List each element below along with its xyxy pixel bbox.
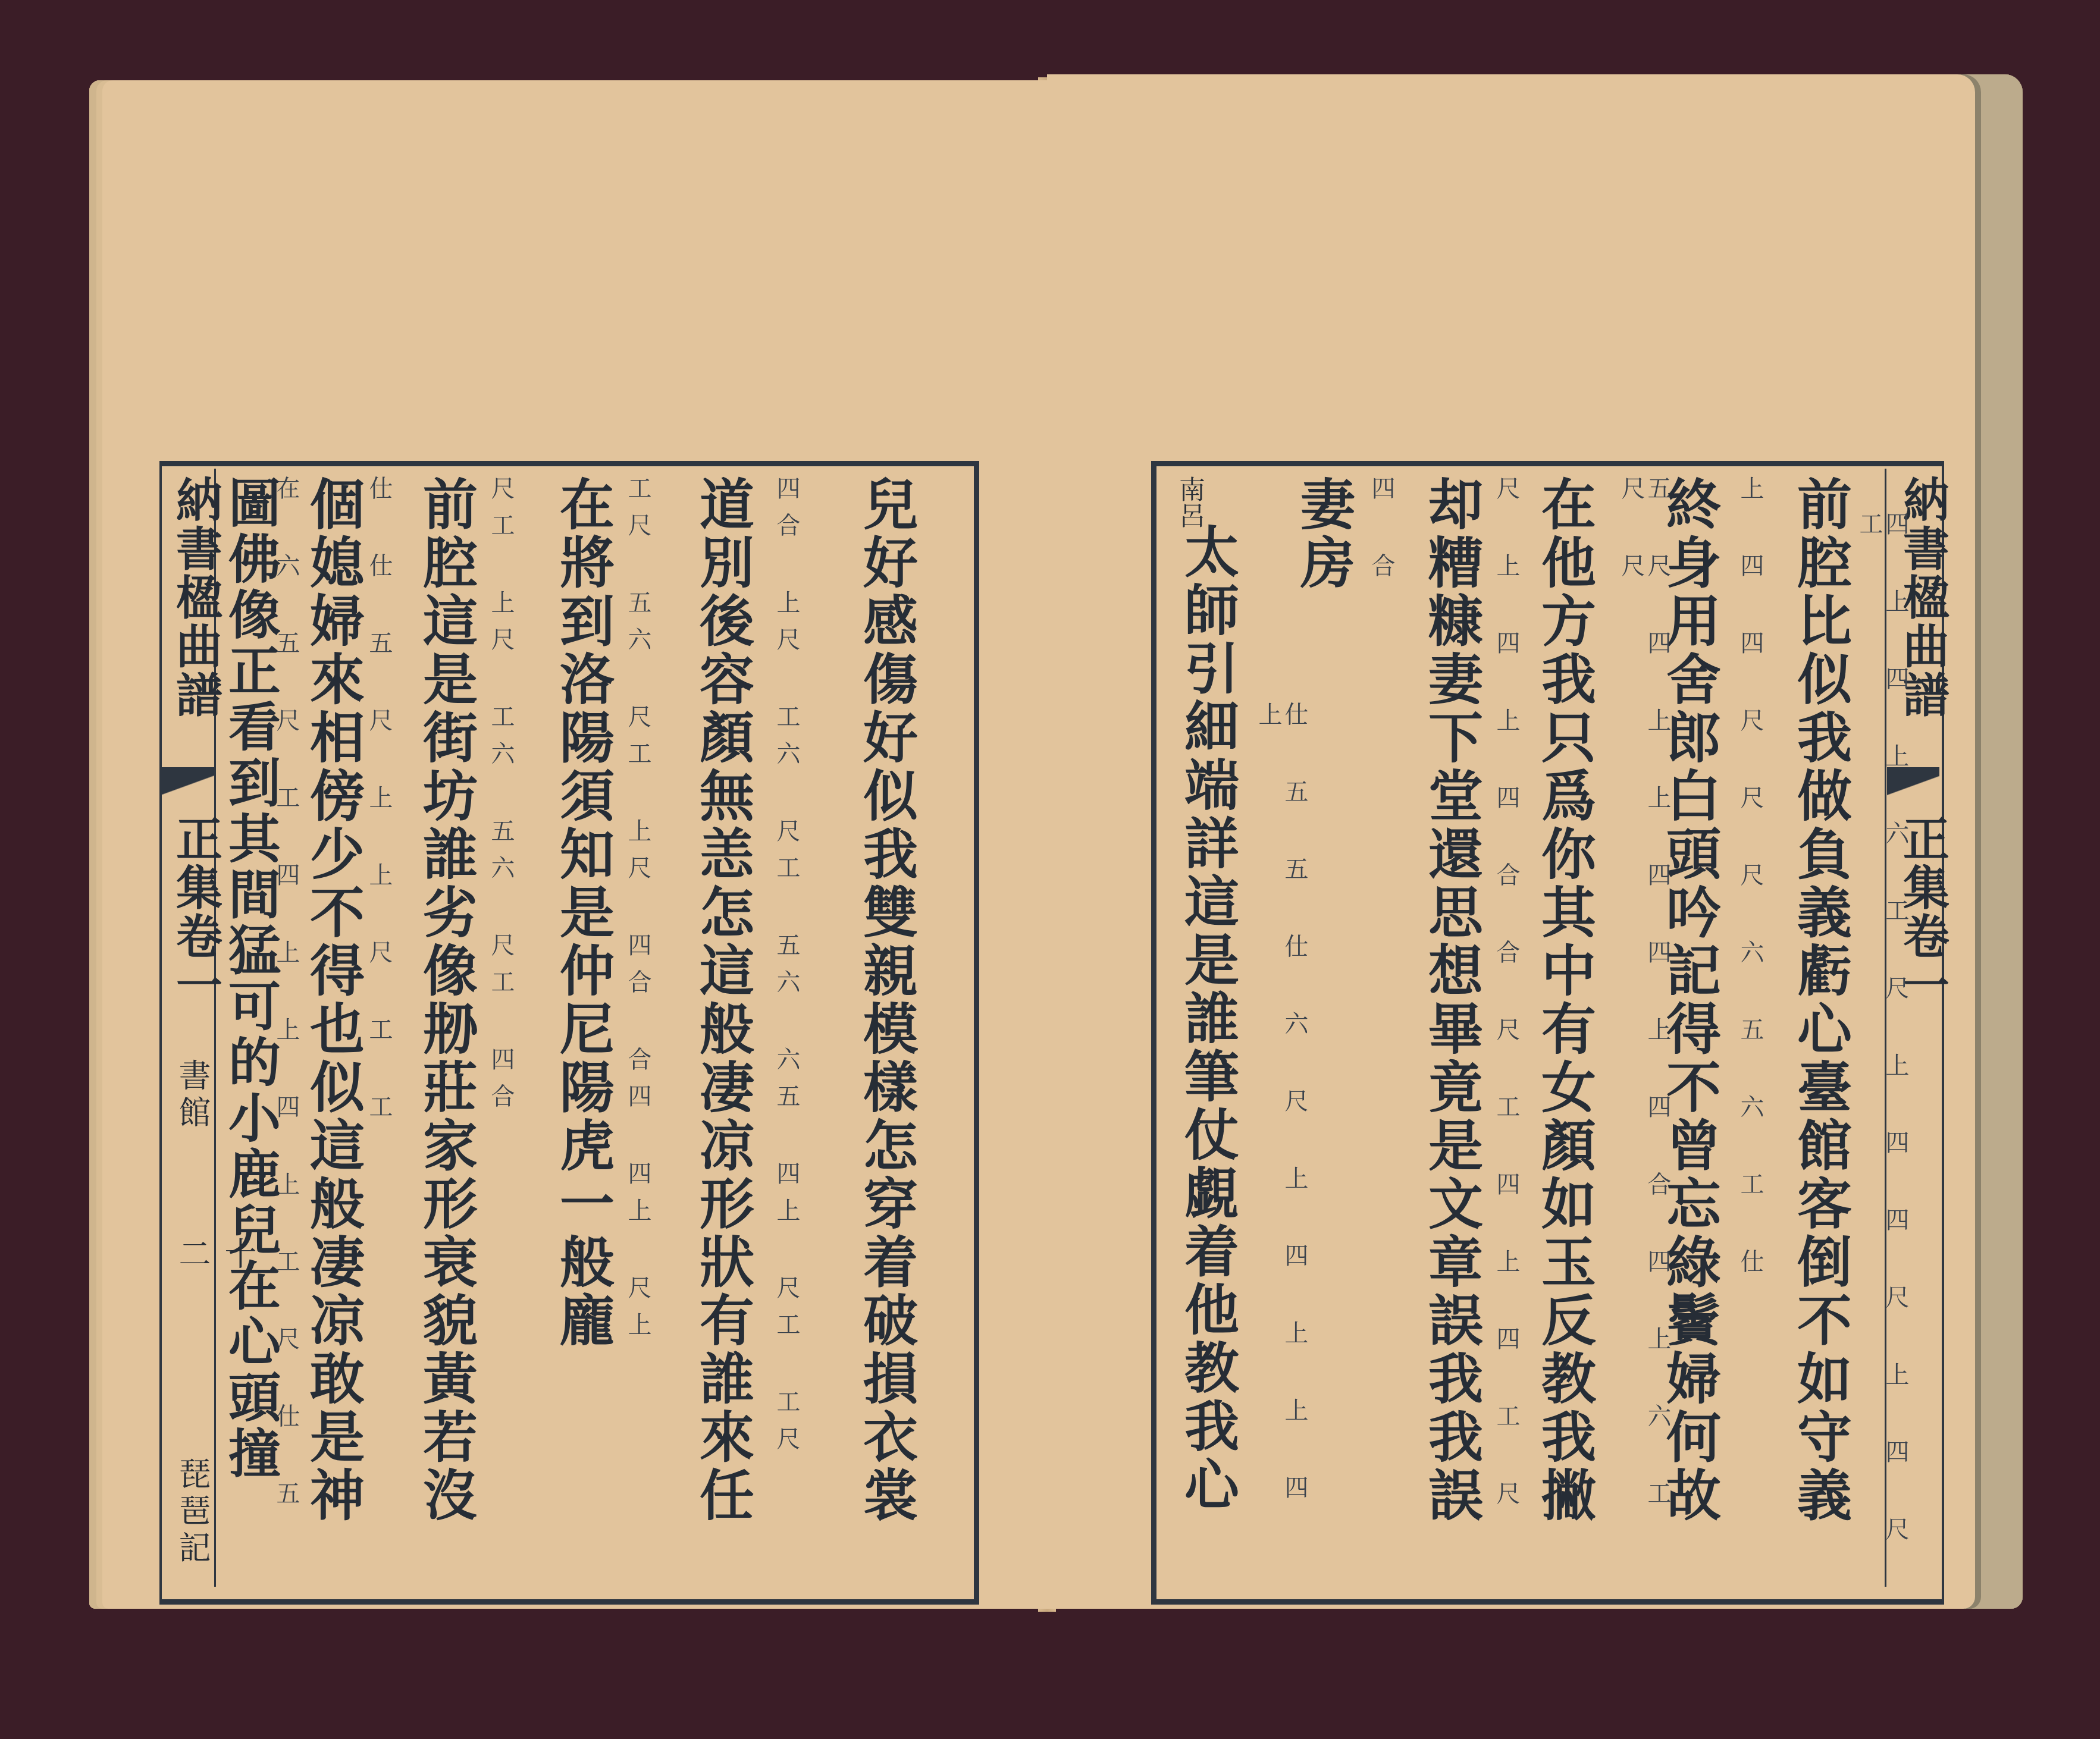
left-margin-scene: 書館: [170, 1059, 215, 1148]
right-col-1-notation: 四 上 四 上 六 工 尺 上 四 四 尺 上 四 尺 工: [1856, 511, 1908, 1582]
left-col-2-notation: 工尺 五六 尺工 上尺 四合 合四 四上 尺上: [625, 476, 651, 1582]
left-col-1-text: 兒好感傷好似我雙親模樣怎穿着破損衣裳: [857, 476, 916, 1594]
left-col-2-text: 道別後容顏無恙怎這般凄凉形狀有誰來任: [693, 476, 753, 1594]
right-col-4-notation: 尺 上 四 上 四 合 合 尺 工 四 上 四 工 尺: [1493, 476, 1519, 1582]
right-col-5-text: 妻房: [1294, 476, 1353, 714]
right-col-6-text: 太師引細端詳這是誰筆仗覷着他教我心: [1178, 523, 1237, 1594]
left-col-5-text: 個媳婦來相傍少不得也似這般凄凉敢是神: [303, 476, 363, 1594]
right-col-2-notation: 上 四 四 尺 尺 尺 六 五 六 工 仕: [1737, 476, 1763, 1582]
left-margin-volume: 正集卷一: [162, 815, 228, 1029]
left-col-3-text: 在將到洛陽須知是仲尼陽虎一般龐: [553, 476, 613, 1594]
right-col-3-notation: 五 尺 四 上 上 四 四 上 四 合 四 上 六 工 尺 尺: [1618, 476, 1670, 1582]
left-col-4-notation: 仕 仕 五 尺 上 上 尺 工 工: [366, 476, 392, 1582]
left-col-4-text: 前腔這是街坊誰劣像刱莊家形衰貌黃若沒: [416, 476, 476, 1594]
right-col-6-notation: 仕 五 五 仕 六 尺 上 四 上 上 四 上: [1255, 702, 1308, 1582]
left-col-3-notation: 尺工 上尺 工六 五六 尺工 四合: [488, 476, 514, 1582]
right-col-6-mode-label: 南呂: [1175, 476, 1203, 528]
right-col-4-text: 却糟糠妻下堂還思想畢竟是文章誤我我誤: [1422, 476, 1481, 1594]
left-col-1-notation: 四合 上尺 工六 尺工 五六 六五 四上 尺工 工尺: [773, 476, 800, 1582]
right-col-3-text: 在他方我只爲你其中有女顏如玉反教我撇: [1535, 476, 1594, 1594]
left-margin-play: 琵琶記: [170, 1457, 215, 1588]
fishtail-mark-left: [159, 767, 214, 803]
right-col-1-text: 前腔比似我做負義虧心臺館客倒不如守義: [1791, 476, 1850, 1594]
right-col-5-notation: 四 合: [1368, 476, 1394, 714]
left-margin-title: 納書楹曲譜: [162, 476, 228, 785]
left-col-6-text: 圖佛像正看到其間猛可的小鹿兒在心頭撞: [221, 476, 281, 1594]
